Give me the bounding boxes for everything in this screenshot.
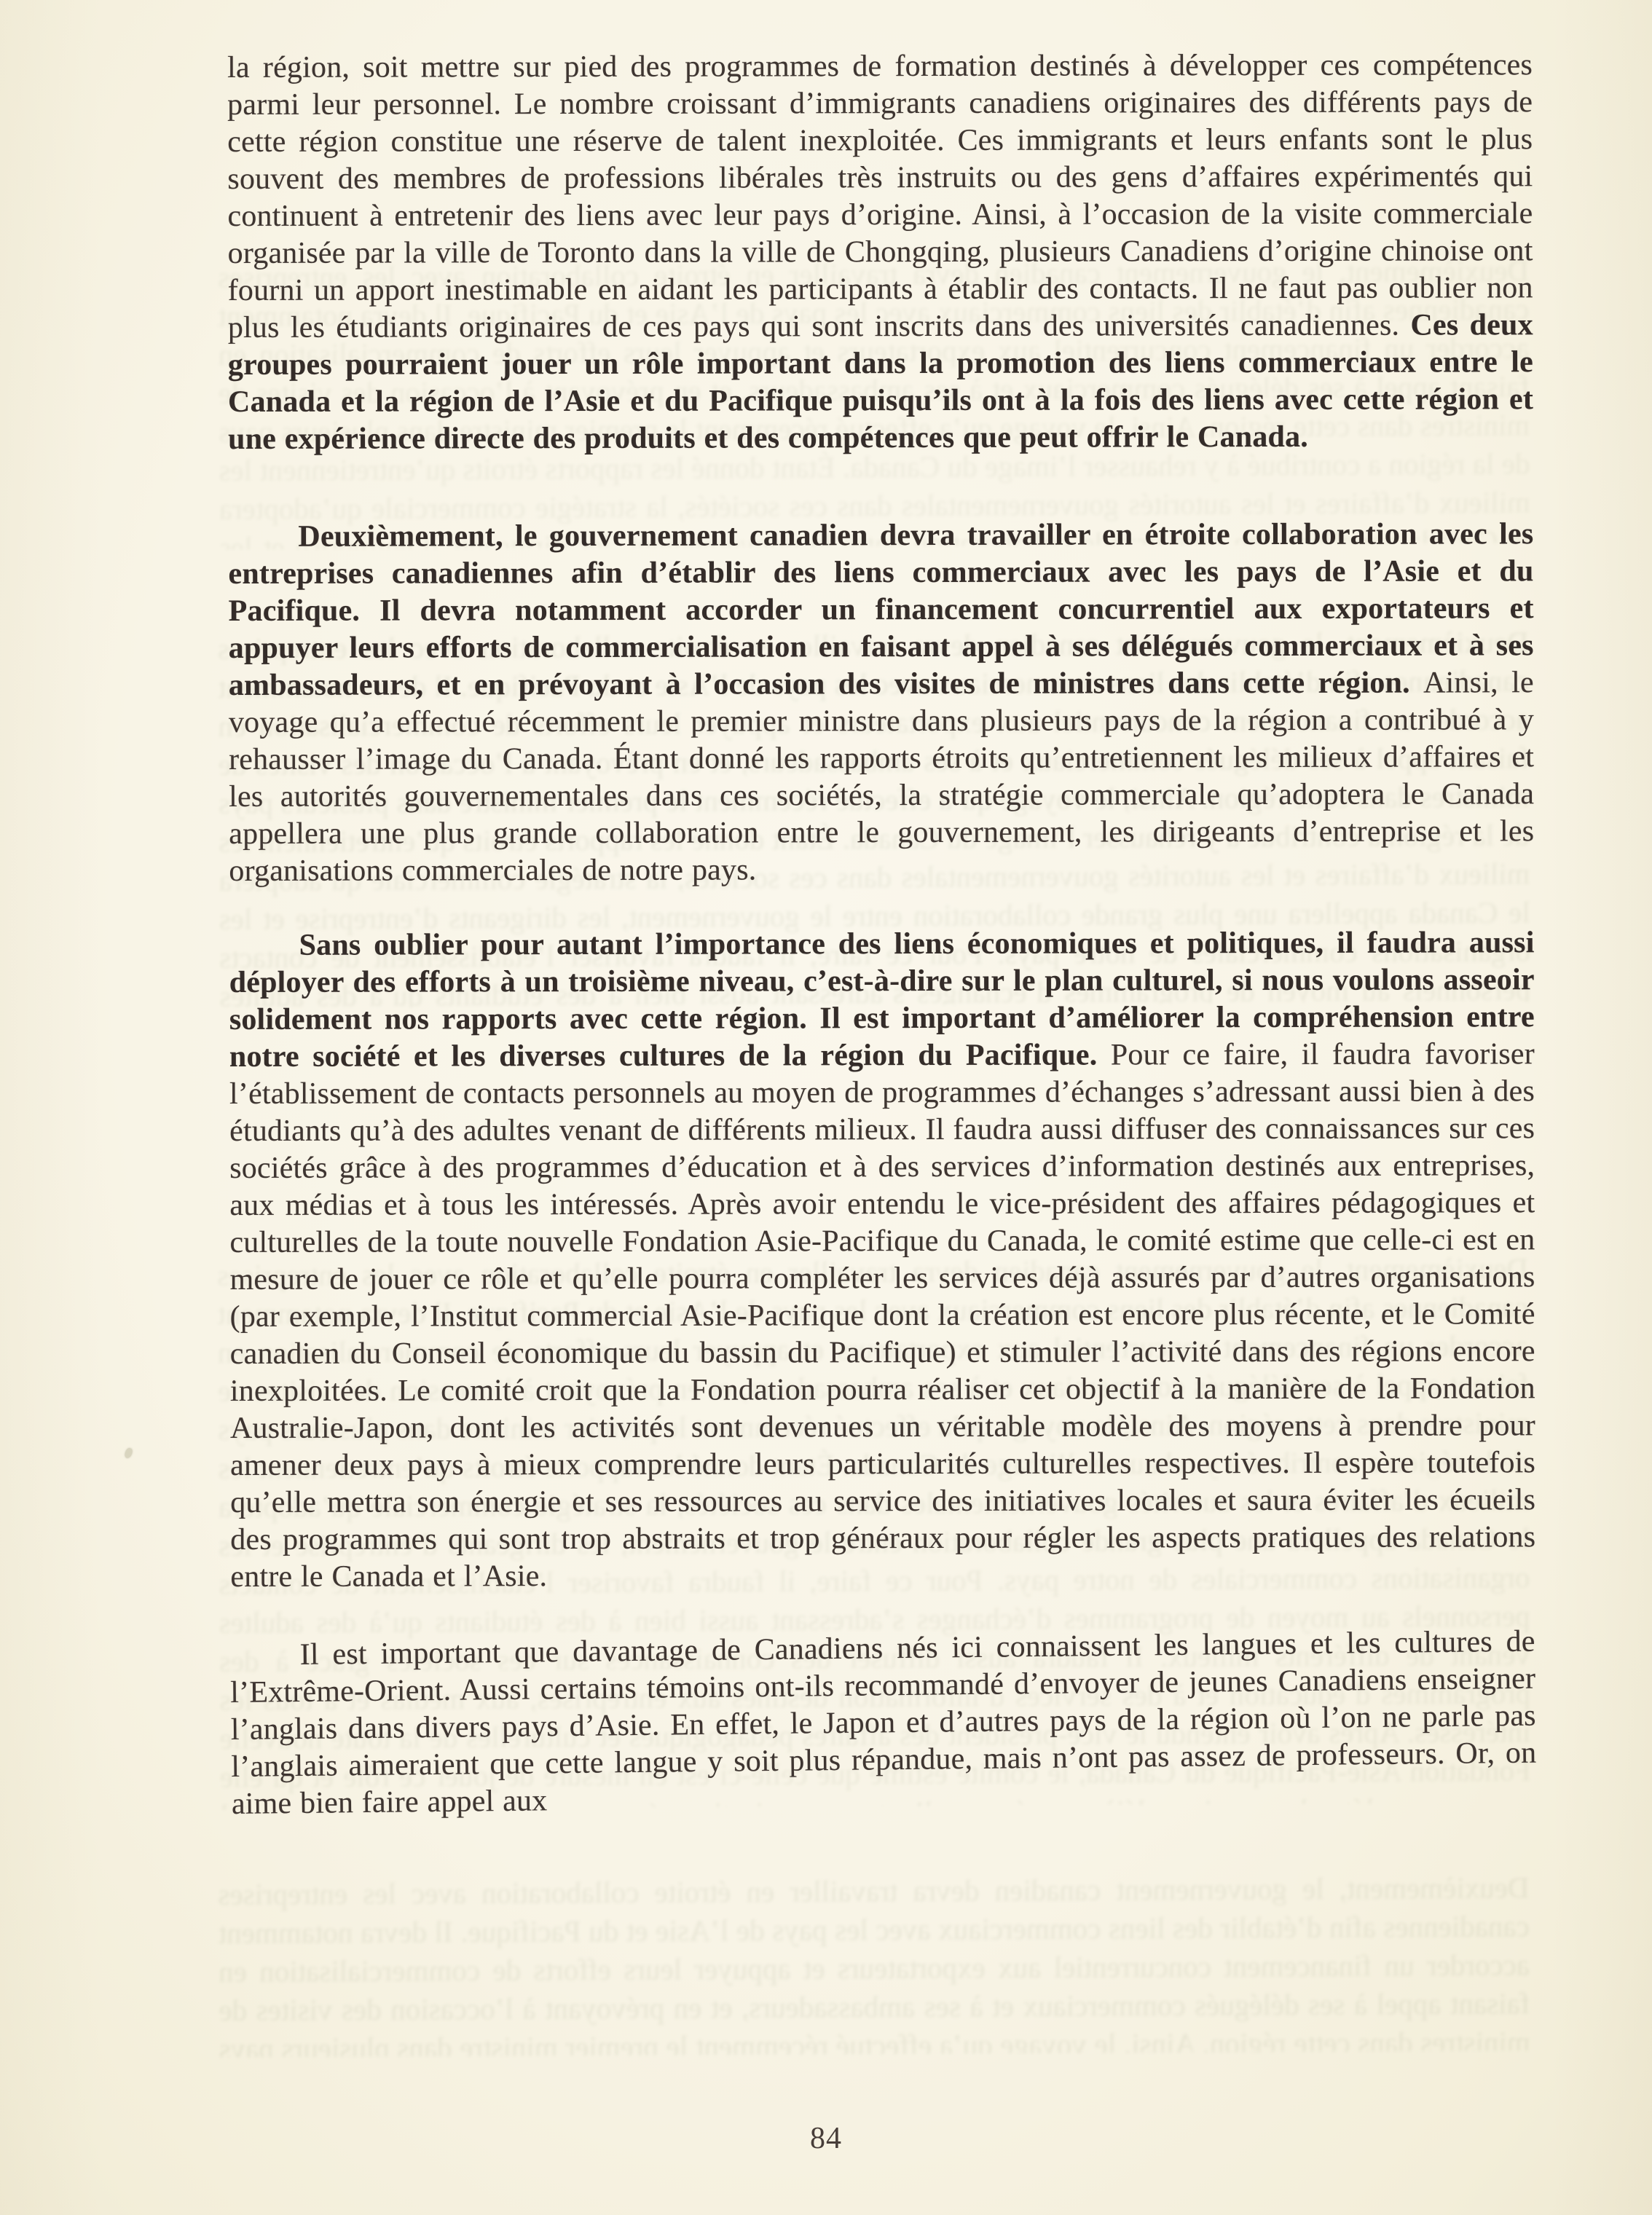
paragraph-4: Il est important que davantage de Canadi…: [229, 1624, 1537, 1823]
page-text: la région, soit mettre sur pied des prog…: [227, 47, 1536, 1823]
paragraph-3: Sans oublier pour autant l’importance de…: [229, 924, 1536, 1596]
text-run: la région, soit mettre sur pied des prog…: [227, 48, 1533, 345]
page-number: 84: [0, 2121, 1652, 2156]
text-run: Il est important que davantage de Canadi…: [230, 1625, 1536, 1821]
text-run: Pour ce faire, il faudra favoriser l’éta…: [229, 1037, 1535, 1594]
paragraph-2: Deuxièmement, le gouvernement canadien d…: [228, 516, 1534, 890]
paragraph-1: la région, soit mettre sur pied des prog…: [227, 47, 1533, 458]
bold-text-run: Deuxièmement, le gouvernement canadien d…: [228, 517, 1533, 702]
